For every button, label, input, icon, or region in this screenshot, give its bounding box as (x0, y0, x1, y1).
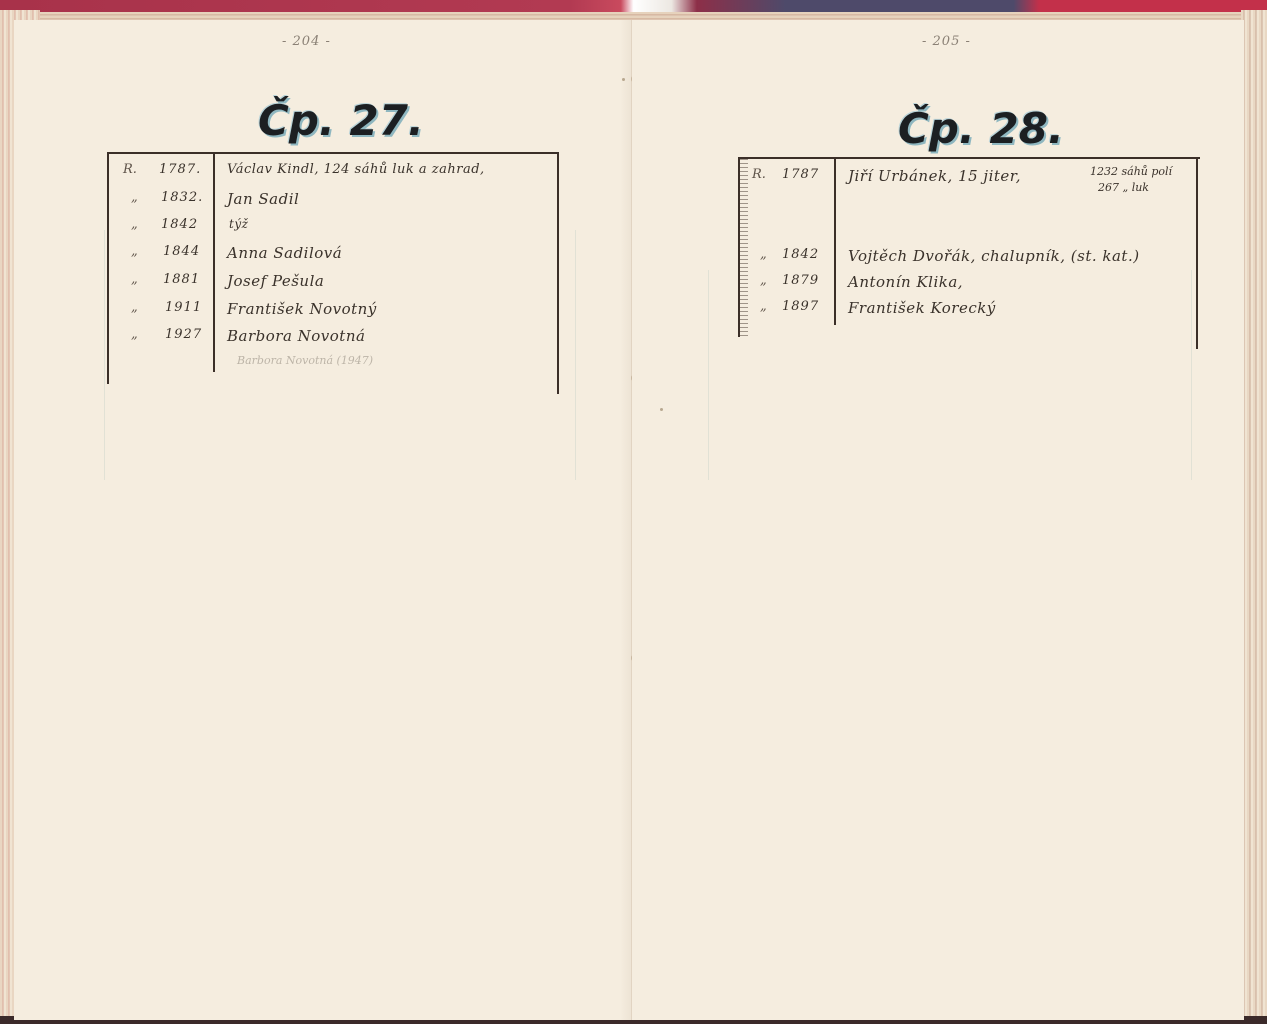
row-year: 1911 (165, 300, 202, 315)
table-row: „ 1911 František Novotný (107, 300, 559, 322)
row-entry: Anna Sadilová (227, 244, 342, 262)
row-entry: Jiří Urbánek, 15 jiter, (848, 167, 1021, 185)
table-row: „ 1879 Antonín Klika, (738, 273, 1200, 295)
row-prefix: „ (131, 272, 138, 287)
row-prefix: „ (131, 300, 138, 315)
row-prefix: „ (131, 190, 138, 205)
row-prefix: R. (123, 162, 137, 177)
row-note-line2: 267 „ luk (1098, 181, 1149, 195)
row-prefix: „ (760, 247, 767, 262)
row-year: 1832. (161, 190, 203, 205)
row-entry: Jan Sadil (227, 190, 299, 208)
table-row: „ 1832. Jan Sadil (107, 190, 559, 212)
page-number: - 205 - (922, 34, 971, 49)
row-year: 1787 (782, 167, 819, 182)
row-entry: Václav Kindl, 124 sáhů luk a zahrad, (227, 162, 485, 177)
row-year: 1842 (782, 247, 819, 262)
house-number-heading: Čp. 27. (258, 96, 424, 145)
row-entry: František Novotný (227, 300, 377, 318)
row-year: 1842 (161, 217, 198, 232)
row-entry: týž (229, 217, 248, 231)
row-year: 1927 (165, 327, 202, 342)
row-prefix: „ (760, 299, 767, 314)
table-row: „ 1842 týž (107, 217, 559, 239)
ledger-table: R. 1787. Václav Kindl, 124 sáhů luk a za… (107, 152, 559, 394)
row-year: 1897 (782, 299, 819, 314)
pencil-note: Barbora Novotná (1947) (237, 354, 373, 367)
row-year: 1879 (782, 273, 819, 288)
paper-speck (660, 408, 663, 411)
row-entry: Antonín Klika, (848, 273, 963, 291)
table-border-left (107, 154, 109, 384)
heading-text: Čp. 27. (258, 96, 424, 145)
table-row: R. 1787 Jiří Urbánek, 15 jiter, 1232 sáh… (738, 167, 1200, 189)
row-year: 1844 (163, 244, 200, 259)
table-row: R. 1787. Václav Kindl, 124 sáhů luk a za… (107, 162, 559, 184)
row-entry: Josef Pešula (227, 272, 324, 290)
row-entry: Barbora Novotná (227, 327, 365, 345)
table-row: „ 1897 František Korecký (738, 299, 1200, 321)
row-prefix: R. (752, 167, 766, 182)
left-page: - 204 - Čp. 27. R. 1787. Václav Kindl, 1… (14, 20, 632, 1020)
house-number-heading: Čp. 28. (898, 104, 1064, 153)
row-year: 1787. (159, 162, 201, 177)
page-number: - 204 - (282, 34, 331, 49)
right-page: - 205 - Čp. 28. R. 1787 Jiří Urbánek, 15… (632, 20, 1244, 1020)
heading-text: Čp. 28. (898, 104, 1064, 153)
row-entry: Vojtěch Dvořák, chalupník, (st. kat.) (848, 247, 1140, 265)
row-entry: František Korecký (848, 299, 996, 317)
ledger-table: R. 1787 Jiří Urbánek, 15 jiter, 1232 sáh… (738, 157, 1200, 369)
row-prefix: „ (131, 244, 138, 259)
row-prefix: „ (131, 217, 138, 232)
row-year: 1881 (163, 272, 200, 287)
row-prefix: „ (131, 327, 138, 342)
table-row: „ 1844 Anna Sadilová (107, 244, 559, 266)
table-row: „ 1881 Josef Pešula (107, 272, 559, 294)
row-note-line1: 1232 sáhů polí (1090, 165, 1172, 179)
table-row: „ 1842 Vojtěch Dvořák, chalupník, (st. k… (738, 247, 1200, 269)
row-prefix: „ (760, 273, 767, 288)
table-row: „ 1927 Barbora Novotná (107, 327, 559, 349)
page-stack-right (1241, 10, 1267, 1020)
